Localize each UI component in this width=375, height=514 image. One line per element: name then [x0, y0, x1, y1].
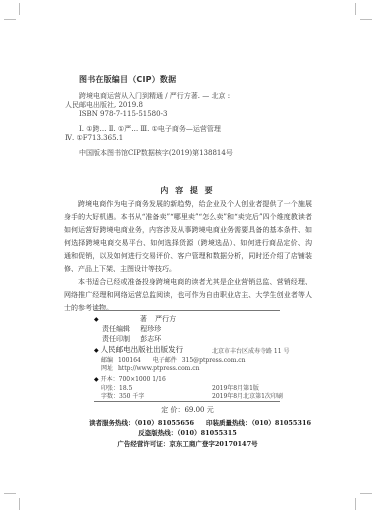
author-name: 严行方: [155, 315, 176, 323]
reader-service-hotline: 读者服务热线：（010）81055656: [89, 418, 194, 427]
author-line: ◆ 著 严行方: [94, 314, 176, 324]
format-line: ◆开本：700×1000 1/16: [94, 374, 166, 383]
print-manager-line: 责任印制 彭志环: [102, 334, 161, 344]
publisher-address: 北京市丰台区成寿寺路 11 号: [212, 346, 289, 355]
crop-mark-top-left-v: [19, 3, 20, 15]
summary-body: 跨境电商作为电子商务发展的新趋势，给企业及个人创业者提供了一个施展身手的大好机遇…: [64, 198, 312, 315]
anti-piracy-hotline: 反盗版热线：（010）81055315: [0, 428, 375, 437]
crop-mark-bottom-left-h: [4, 493, 16, 494]
cip-book-line: 跨境电商运营从入门到精通 / 严行方著. — 北京 :: [79, 92, 230, 101]
publisher-name: 人民邮电出版社出版发行: [101, 345, 184, 354]
summary-title: 内 容 提 要: [0, 185, 375, 196]
price: 定 价：69.00 元: [0, 405, 375, 415]
editor-name: 程珍珍: [140, 325, 161, 333]
format: 开本：700×1000 1/16: [101, 376, 166, 383]
cip-title: 图书在版编目（CIP）数据: [79, 74, 176, 85]
editor-line: 责任编辑 程珍珍: [102, 324, 161, 334]
cip-classification-1: Ⅰ. ①跨… Ⅱ. ①严… Ⅲ. ①电子商务—运营管理: [79, 125, 221, 134]
editor-label: 责任编辑: [102, 325, 130, 333]
print-quality-hotline: 印装质量热线：（010）81055316: [206, 418, 311, 427]
diamond-bullet-icon: ◆: [94, 347, 99, 354]
print-label: 责任印制: [102, 335, 130, 343]
ad-license: 广告经营许可证：京东工商广登字20170147号: [0, 439, 375, 448]
cip-classification-2: Ⅳ. ①F713.365.1: [65, 134, 123, 143]
printing: 2019年8月北京第1次印刷: [212, 391, 283, 400]
word-count: 字数：350 千字: [101, 391, 144, 400]
website[interactable]: http://www.ptpress.com.cn: [118, 365, 200, 372]
crop-mark-bottom-right-h: [360, 493, 372, 494]
website-line: 网址 http://www.ptpress.com.cn: [101, 363, 200, 372]
cip-isbn: ISBN 978-7-115-51580-3: [79, 110, 167, 119]
divider-bottom: [94, 401, 280, 402]
crop-mark-top-right-v: [355, 3, 356, 15]
crop-mark-top-left-h: [4, 19, 16, 20]
divider-top: [94, 310, 280, 311]
crop-mark-bottom-left-v: [19, 498, 20, 510]
diamond-bullet-icon: ◆: [94, 316, 99, 323]
diamond-bullet-icon: ◆: [94, 376, 99, 383]
summary-paragraph-1: 跨境电商作为电子商务发展的新趋势，给企业及个人创业者提供了一个施展身手的大好机遇…: [64, 198, 312, 276]
cip-cataloging-number: 中国版本图书馆CIP数据核字(2019)第138814号: [79, 149, 233, 158]
publisher-line: ◆人民邮电出版社出版发行: [94, 344, 183, 355]
website-label: 网址: [101, 365, 113, 372]
printer-name: 彭志环: [140, 335, 161, 343]
cip-publisher-line: 人民邮电出版社, 2019.8: [65, 101, 143, 110]
author-label: 著: [103, 314, 147, 324]
crop-mark-top-right-h: [360, 19, 372, 20]
crop-mark-bottom-right-v: [355, 498, 356, 510]
